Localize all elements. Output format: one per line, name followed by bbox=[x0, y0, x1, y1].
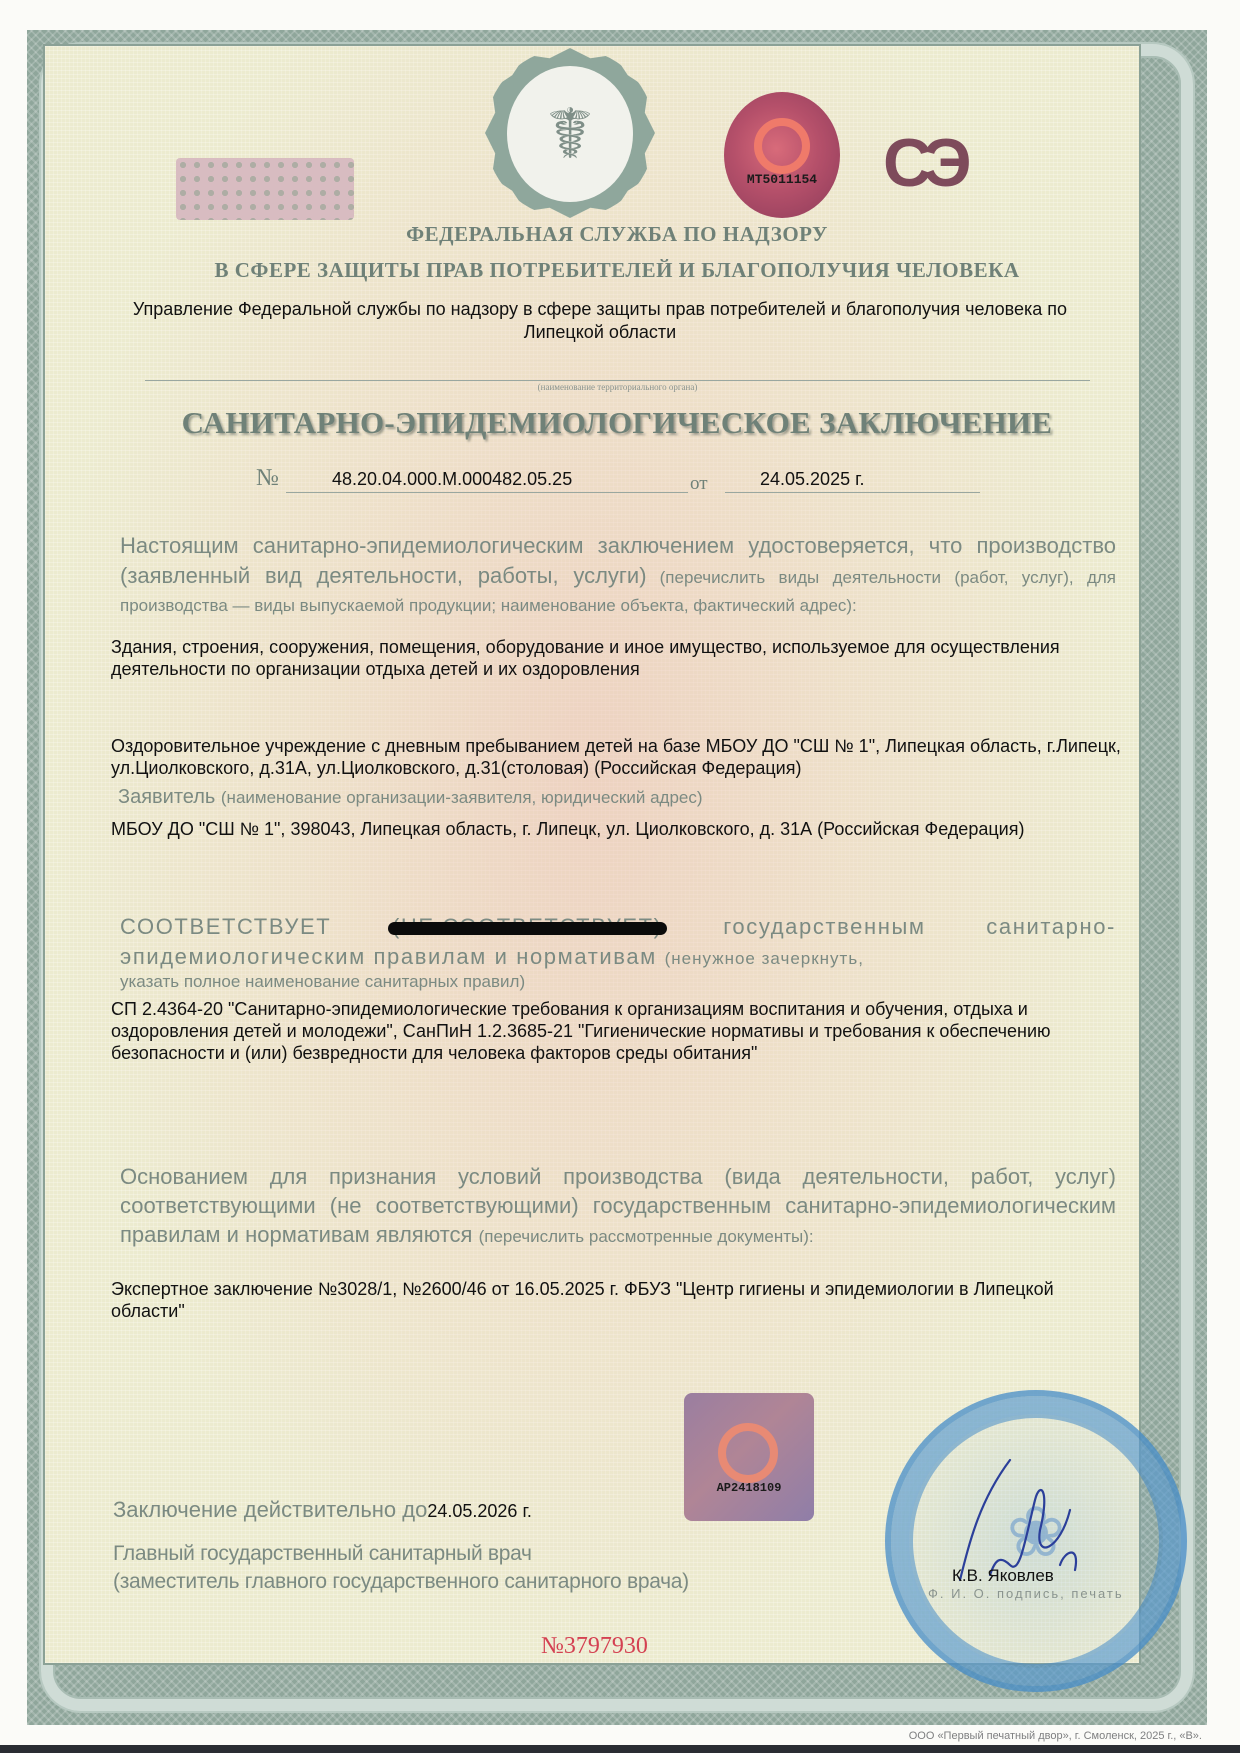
territorial-authority: Управление Федеральной службы по надзору… bbox=[100, 298, 1100, 344]
signatory-title-line1: Главный государственный санитарный врач bbox=[113, 1540, 689, 1568]
hologram-serial-bottom: AP2418109 bbox=[684, 1481, 814, 1495]
double-headed-eagle-icon: ☤ bbox=[507, 66, 633, 202]
se-mark-icon: СЭ bbox=[883, 124, 964, 202]
printer-footer: ООО «Первый печатный двор», г. Смоленск,… bbox=[909, 1730, 1202, 1742]
org-name-line1: ФЕДЕРАЛЬНАЯ СЛУЖБА ПО НАДЗОРУ bbox=[70, 222, 1164, 247]
certification-lead: Настоящим санитарно-эпидемиологическим з… bbox=[120, 532, 1116, 620]
hologram-logo-icon bbox=[718, 1423, 778, 1483]
org-name-line2: В СФЕРЕ ЗАЩИТЫ ПРАВ ПОТРЕБИТЕЛЕЙ И БЛАГО… bbox=[70, 258, 1164, 283]
number-sign: № bbox=[256, 465, 279, 492]
security-watermark-pattern bbox=[176, 158, 354, 220]
number-underline bbox=[286, 492, 688, 493]
date-from-label: от bbox=[690, 473, 708, 495]
conclusion-number: 48.20.04.000.М.000482.05.25 bbox=[332, 469, 572, 490]
struck-option: (НЕ СООТВЕТСТВУЕТ) bbox=[392, 912, 663, 942]
hologram-sticker-top: MT5011154 bbox=[724, 92, 840, 218]
facility-address: Оздоровительное учреждение с дневным пре… bbox=[111, 735, 1121, 779]
issue-date: 24.05.2025 г. bbox=[760, 469, 864, 490]
signatory-title: Главный государственный санитарный врач … bbox=[113, 1540, 689, 1596]
basis-note: (перечислить рассмотренные документы): bbox=[479, 1227, 814, 1246]
form-serial-number: №3797930 bbox=[541, 1633, 648, 1660]
signature-caption: Ф. И. О. подпись, печать bbox=[928, 1586, 1124, 1601]
authority-caption: (наименование территориального органа) bbox=[145, 382, 1090, 392]
scan-edge-shadow bbox=[0, 1745, 1240, 1753]
authority-underline bbox=[145, 380, 1090, 381]
hologram-logo-icon bbox=[754, 118, 810, 174]
applicant-label-note: (наименование организации-заявителя, юри… bbox=[221, 788, 703, 807]
basis-lead: Основанием для признания условий произво… bbox=[120, 1162, 1116, 1251]
date-underline bbox=[725, 492, 980, 493]
hologram-sticker-bottom: AP2418109 bbox=[684, 1393, 814, 1521]
conformity-status: СООТВЕТСТВУЕТ bbox=[120, 914, 331, 939]
validity-label: Заключение действительно до bbox=[113, 1497, 427, 1522]
document-title: САНИТАРНО-ЭПИДЕМИОЛОГИЧЕСКОЕ ЗАКЛЮЧЕНИЕ bbox=[70, 405, 1164, 441]
conformity-statement: СООТВЕТСТВУЕТ (НЕ СООТВЕТСТВУЕТ) государ… bbox=[120, 912, 1116, 974]
strike-through-mark bbox=[388, 922, 667, 935]
signatory-name: К.В. Яковлев bbox=[952, 1566, 1054, 1586]
applicant-value: МБОУ ДО "СШ № 1", 398043, Липецкая облас… bbox=[111, 818, 1111, 840]
applicant-label: Заявитель (наименование организации-заяв… bbox=[118, 786, 703, 809]
conformity-note: (ненужное зачеркнуть, bbox=[665, 949, 864, 968]
validity-date: 24.05.2026 г. bbox=[427, 1501, 531, 1521]
validity: Заключение действительно до24.05.2026 г. bbox=[113, 1497, 532, 1523]
conformity-note-2: указать полное наименование санитарных п… bbox=[120, 972, 525, 992]
signatory-title-line2: (заместитель главного государственного с… bbox=[113, 1568, 689, 1596]
sanitary-rules: СП 2.4364-20 "Санитарно-эпидемиологическ… bbox=[111, 998, 1121, 1064]
activity-description: Здания, строения, сооружения, помещения,… bbox=[111, 636, 1111, 680]
hologram-serial-top: MT5011154 bbox=[724, 172, 840, 187]
applicant-label-main: Заявитель bbox=[118, 786, 215, 808]
expert-conclusion: Экспертное заключение №3028/1, №2600/46 … bbox=[111, 1278, 1121, 1322]
